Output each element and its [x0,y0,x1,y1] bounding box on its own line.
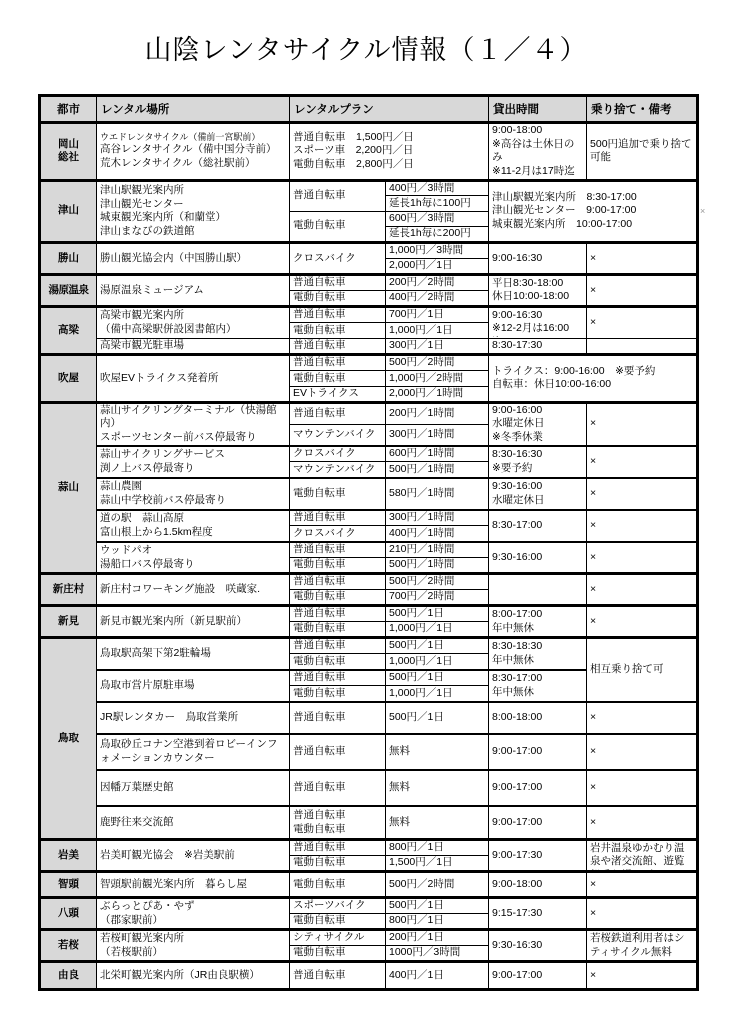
note-cell [587,338,698,354]
plan-type-cell: 普通自転車 [290,638,386,654]
plan-price-cell: 200円／1日 [386,930,489,946]
hours-text: 9:00-16:30 ※12-2月は16:00 迄 [492,309,583,337]
location-cell: 高梁市観光駐車場 [97,338,290,354]
plan-price-cell: 400円／1時間 [386,526,489,542]
hours-cell: 9:00-17:00 [489,962,587,990]
plan-type-cell: 電動自転車 [290,654,386,670]
location-cell: 津山駅観光案内所 津山観光センター 城東観光案内所（和蘭堂） 津山まなびの鉄道館 [97,180,290,242]
plan-type-cell: 普通自転車 [290,542,386,558]
plan-type-cell: 普通自転車 [290,606,386,622]
note-text: 岩井温泉ゆかむり温泉や渚交流館、遊覧船乗り場で可 [590,842,693,870]
plan-type-cell: 普通自転車 [290,180,386,211]
note-cell: × [587,898,698,930]
location-cell: 勝山観光協会内（中国勝山駅） [97,242,290,274]
note-cell: 岩井温泉ゆかむり温泉や渚交流館、遊覧船乗り場で可 [587,840,698,872]
plan-price-cell: 1,000円／1日 [386,322,489,338]
plan-price-cell: 400円／3時間 [386,180,489,196]
table-row: 高梁高梁市観光案内所 （備中高梁駅併設図書館内）普通自転車700円／1日9:00… [40,306,698,322]
note-cell: × [587,734,698,770]
hours-cell: 平日8:30-18:00 休日10:00-18:00 [489,274,587,306]
plan-type-cell: 普通自転車 [290,510,386,526]
note-cell: × [587,402,698,445]
hours-cell: 9:00-17:00 [489,770,587,806]
city-cell: 吹屋 [40,354,97,402]
hours-cell: 9:30-16:00 [489,542,587,574]
location-cell: 鳥取市営片原駐車場 [97,670,290,702]
plan-price-cell: 210円／1時間 [386,542,489,558]
document-page: 山陰レンタサイクル情報（１／４） 都市レンタル場所レンタルプラン貸出時間乗り捨て… [0,0,732,1024]
hours-cell: 8:30-17:00 [489,510,587,542]
table-row: 蒜山蒜山サイクリングターミナル（快湯館内） スポーツセンター前バス停最寄り普通自… [40,402,698,424]
note-cell: × [587,242,698,274]
plan-price-cell: 1000円／3時間 [386,946,489,962]
plan-price-cell: 500円／1日 [386,606,489,622]
location-cell: 北栄町観光案内所（JR由良駅横） [97,962,290,990]
plan-type-cell: 普通自転車 [290,354,386,370]
plan-price-cell: 1,000円／1日 [386,654,489,670]
plan-price-cell: 1,000円／3時間 [386,242,489,258]
plan-type-cell: 普通自転車 [290,770,386,806]
plan-price-cell: 1,000円／1日 [386,686,489,702]
hours-cell: 9:00-17:30 [489,840,587,872]
plan-type-cell: 電動自転車 [290,290,386,306]
location-cell: 道の駅 蒜山高原 富山根上から1.5km程度 [97,510,290,542]
table-row: 智頭智頭駅前観光案内所 暮らし屋電動自転車500円／2時間9:00-18:00× [40,872,698,898]
hours-cell: 8:30-17:00 年中無休 [489,670,587,702]
table-row: 勝山勝山観光協会内（中国勝山駅）クロスバイク1,000円／3時間9:00-16:… [40,242,698,258]
plan-price-cell: 300円／1日 [386,338,489,354]
plan-price-cell: 延長1h毎に100円 [386,196,489,212]
hours-cell: 9:00-18:00 ※高谷は土休日のみ ※11-2月は17時迄 [489,123,587,181]
city-cell: 八頭 [40,898,97,930]
note-cell: 若桜鉄道利用者はシティサイクル無料 [587,930,698,962]
plan-type-cell: 普通自転車 [290,734,386,770]
table-row: ウッドパオ 湯船口バス停最寄り普通自転車210円／1時間9:30-16:00× [40,542,698,558]
plan-price-cell: 800円／1日 [386,914,489,930]
plan-type-cell: 普通自転車 電動自転車 [290,806,386,840]
plan-type-cell: 普通自転車 [290,338,386,354]
city-cell: 湯原温泉 [40,274,97,306]
plan-price-cell: 無料 [386,806,489,840]
location-cell: 新庄村コワーキング施設 咲蔵家. [97,574,290,606]
hours-cell: 9:00-17:00 [489,734,587,770]
plan-price-cell: 600円／3時間 [386,211,489,227]
table-row: 因幡万葉歴史館普通自転車無料9:00-17:00× [40,770,698,806]
plan-price-cell: 無料 [386,734,489,770]
table-row: 岡山 総社ウエドレンタサイクル（備前一宮駅前）高谷レンタサイクル（備中国分寺前）… [40,123,698,181]
note-cell: × [587,806,698,840]
plan-price-cell: 300円／1時間 [386,510,489,526]
note-cell: 相互乗り捨て可 [587,638,698,702]
plan-type-cell: 普通自転車 [290,306,386,322]
hours-cell: 8:30-16:30 ※要予約 [489,446,587,478]
plan-type-cell: 電動自転車 [290,558,386,574]
hours-cell: 9:30-16:00 水曜定休日 [489,478,587,510]
table-row: 吹屋吹屋EVトライクス発着所普通自転車500円／2時間トライクス：9:00-16… [40,354,698,370]
location-cell: 蒜山農園 蒜山中学校前バス停最寄り [97,478,290,510]
location-cell: 智頭駅前観光案内所 暮らし屋 [97,872,290,898]
table-row: 津山津山駅観光案内所 津山観光センター 城東観光案内所（和蘭堂） 津山まなびの鉄… [40,180,698,196]
plan-price-cell: 200円／2時間 [386,274,489,290]
table-body: 岡山 総社ウエドレンタサイクル（備前一宮駅前）高谷レンタサイクル（備中国分寺前）… [40,123,698,990]
hours-cell: 8:00-18:00 [489,702,587,734]
column-header: レンタルプラン [290,96,489,123]
table-row: 八頭ぶらっとぴあ・やず （郡家駅前）スポーツバイク500円／1日9:15-17:… [40,898,698,914]
table-row: 湯原温泉湯原温泉ミュージアム普通自転車200円／2時間平日8:30-18:00 … [40,274,698,290]
hours-cell: 9:00-16:30 [489,242,587,274]
plan-price-cell: 200円／1時間 [386,402,489,424]
plan-price-cell: 500円／1時間 [386,462,489,478]
plan-type-cell: 電動自転車 [290,914,386,930]
hours-cell: 津山駅観光案内所 8:30-17:00 津山観光センター 9:00-17:00 … [489,180,698,242]
plan-type-cell: EVトライクス [290,386,386,402]
location-cell: 湯原温泉ミュージアム [97,274,290,306]
plan-type-cell: 普通自転車 [290,670,386,686]
city-cell: 若桜 [40,930,97,962]
plan-price-cell: 400円／1日 [386,962,489,990]
plan-type-cell: 普通自転車 [290,962,386,990]
plan-price-cell: 500円／1日 [386,638,489,654]
plan-type-cell: シティサイクル [290,930,386,946]
plan-price-cell: 500円／1日 [386,702,489,734]
location-cell: 因幡万葉歴史館 [97,770,290,806]
location-cell: ウッドパオ 湯船口バス停最寄り [97,542,290,574]
hours-cell: 9:15-17:30 [489,898,587,930]
city-cell: 勝山 [40,242,97,274]
city-cell: 新見 [40,606,97,638]
plan-price-cell: 700円／1日 [386,306,489,322]
location-cell: 新見市観光案内所（新見駅前） [97,606,290,638]
column-header: レンタル場所 [97,96,290,123]
plan-price-cell: 1,000円／1日 [386,622,489,638]
note-cell: × [587,510,698,542]
column-header: 都市 [40,96,97,123]
hours-cell: 9:00-16:30 ※12-2月は16:00 迄 [489,306,587,338]
note-cell: 500円追加で乗り捨て可能 [587,123,698,181]
table-row: 由良北栄町観光案内所（JR由良駅横）普通自転車400円／1日9:00-17:00… [40,962,698,990]
city-cell: 鳥取 [40,638,97,840]
location-cell: ウエドレンタサイクル（備前一宮駅前）高谷レンタサイクル（備中国分寺前） 荒木レン… [97,123,290,181]
plan-type-cell: マウンテンバイク [290,462,386,478]
note-cell: × [587,962,698,990]
plan-price-cell: 500円／2時間 [386,354,489,370]
hours-cell: 9:00-16:00 水曜定休日 ※冬季休業 [489,402,587,445]
note-cell: × [587,542,698,574]
note-cell: × [587,446,698,478]
plan-cell: 普通自転車 1,500円／日 スポーツ車 2,200円／日 電動自転車 2,80… [290,123,489,181]
location-cell: 高梁市観光案内所 （備中高梁駅併設図書館内） [97,306,290,338]
city-cell: 由良 [40,962,97,990]
location-name-small-line: ウエドレンタサイクル（備前一宮駅前） [100,132,286,143]
plan-price-cell: 600円／1時間 [386,446,489,462]
plan-price-cell: 800円／1日 [386,840,489,856]
table-row: JR駅レンタカー 鳥取営業所普通自転車500円／1日8:00-18:00× [40,702,698,734]
note-cell: × [587,770,698,806]
note-cell: × [587,574,698,606]
table-row: 鳥取砂丘コナン空港到着ロビーインフォメーションカウンター普通自転車無料9:00-… [40,734,698,770]
plan-type-cell: 普通自転車 [290,274,386,290]
plan-type-cell: 普通自転車 [290,574,386,590]
plan-type-cell: クロスバイク [290,526,386,542]
plan-price-cell: 2,000円／1時間 [386,386,489,402]
column-header: 貸出時間 [489,96,587,123]
location-cell: 若桜町観光案内所 （若桜駅前） [97,930,290,962]
table-row: 新見新見市観光案内所（新見駅前）普通自転車500円／1日8:00-17:00 年… [40,606,698,622]
overflow-x-mark: × [700,206,705,216]
city-cell: 智頭 [40,872,97,898]
plan-price-cell: 無料 [386,770,489,806]
table-row: 新庄村新庄村コワーキング施設 咲蔵家.普通自転車500円／2時間× [40,574,698,590]
table-row: 道の駅 蒜山高原 富山根上から1.5km程度普通自転車300円／1時間8:30-… [40,510,698,526]
plan-type-cell: 電動自転車 [290,622,386,638]
page-title: 山陰レンタサイクル情報（１／４） [0,28,732,67]
column-header: 乗り捨て・備考 [587,96,698,123]
location-cell: 吹屋EVトライクス発着所 [97,354,290,402]
plan-price-cell: 700円／2時間 [386,590,489,606]
location-cell: JR駅レンタカー 鳥取営業所 [97,702,290,734]
plan-price-cell: 500円／2時間 [386,574,489,590]
plan-type-cell: 電動自転車 [290,686,386,702]
location-cell: ぶらっとぴあ・やず （郡家駅前） [97,898,290,930]
plan-type-cell: 電動自転車 [290,856,386,872]
hours-cell: 8:00-17:00 年中無休 [489,606,587,638]
table-row: 鹿野往来交流館普通自転車 電動自転車無料9:00-17:00× [40,806,698,840]
hours-cell: 9:00-17:00 [489,806,587,840]
plan-price-cell: 400円／2時間 [386,290,489,306]
note-cell: × [587,306,698,338]
table-header: 都市レンタル場所レンタルプラン貸出時間乗り捨て・備考 [40,96,698,123]
plan-type-cell: 電動自転車 [290,370,386,386]
note-cell: × [587,702,698,734]
plan-type-cell: 電動自転車 [290,590,386,606]
city-cell: 岡山 総社 [40,123,97,181]
location-cell: 鳥取砂丘コナン空港到着ロビーインフォメーションカウンター [97,734,290,770]
city-cell: 新庄村 [40,574,97,606]
city-cell: 岩美 [40,840,97,872]
note-cell: × [587,872,698,898]
note-cell: × [587,274,698,306]
plan-price-cell: 1,000円／2時間 [386,370,489,386]
location-cell: 蒜山サイクリングサービス 渕ノ上バス停最寄り [97,446,290,478]
plan-price-cell: 500円／1日 [386,670,489,686]
city-cell: 高梁 [40,306,97,354]
plan-type-cell: 普通自転車 [290,402,386,424]
plan-type-cell: クロスバイク [290,242,386,274]
plan-type-cell: 電動自転車 [290,946,386,962]
plan-price-cell: 300円／1時間 [386,424,489,446]
note-cell: × [587,478,698,510]
plan-type-cell: 電動自転車 [290,322,386,338]
location-cell: 鳥取駅高架下第2駐輪場 [97,638,290,670]
plan-price-cell: 580円／1時間 [386,478,489,510]
plan-price-cell: 500円／1日 [386,898,489,914]
plan-price-cell: 1,500円／1日 [386,856,489,872]
plan-type-cell: マウンテンバイク [290,424,386,446]
table-row: 鳥取鳥取駅高架下第2駐輪場普通自転車500円／1日8:30-18:30 年中無休… [40,638,698,654]
plan-type-cell: スポーツバイク [290,898,386,914]
location-cell: 岩美町観光協会 ※岩美駅前 [97,840,290,872]
table-row: 高梁市観光駐車場普通自転車300円／1日8:30-17:30 [40,338,698,354]
table-row: 蒜山農園 蒜山中学校前バス停最寄り電動自転車580円／1時間9:30-16:00… [40,478,698,510]
table-row: 岩美岩美町観光協会 ※岩美駅前普通自転車800円／1日9:00-17:30岩井温… [40,840,698,856]
plan-type-cell: 普通自転車 [290,702,386,734]
hours-cell: トライクス：9:00-16:00 ※要予約 自転車：休日10:00-16:00 [489,354,698,402]
plan-type-cell: 電動自転車 [290,478,386,510]
hours-cell: 8:30-17:30 [489,338,587,354]
plan-type-cell: 電動自転車 [290,872,386,898]
plan-price-cell: 500円／2時間 [386,872,489,898]
hours-cell: 9:00-18:00 [489,872,587,898]
plan-type-cell: クロスバイク [290,446,386,462]
note-cell: × [587,606,698,638]
location-cell: 蒜山サイクリングターミナル（快湯館内） スポーツセンター前バス停最寄り [97,402,290,445]
plan-price-cell: 2,000円／1日 [386,258,489,274]
hours-cell: 8:30-18:30 年中無休 [489,638,587,670]
hours-cell: 9:30-16:30 [489,930,587,962]
table-row: 若桜若桜町観光案内所 （若桜駅前）シティサイクル200円／1日9:30-16:3… [40,930,698,946]
rental-cycle-table: 都市レンタル場所レンタルプラン貸出時間乗り捨て・備考 岡山 総社ウエドレンタサイ… [38,94,699,991]
location-cell: 鹿野往来交流館 [97,806,290,840]
city-cell: 蒜山 [40,402,97,573]
hours-cell [489,574,587,606]
plan-price-cell: 500円／1時間 [386,558,489,574]
plan-type-cell: 電動自転車 [290,211,386,242]
plan-type-cell: 普通自転車 [290,840,386,856]
city-cell: 津山 [40,180,97,242]
plan-price-cell: 延長1h毎に200円 [386,227,489,243]
table-row: 蒜山サイクリングサービス 渕ノ上バス停最寄りクロスバイク600円／1時間8:30… [40,446,698,462]
